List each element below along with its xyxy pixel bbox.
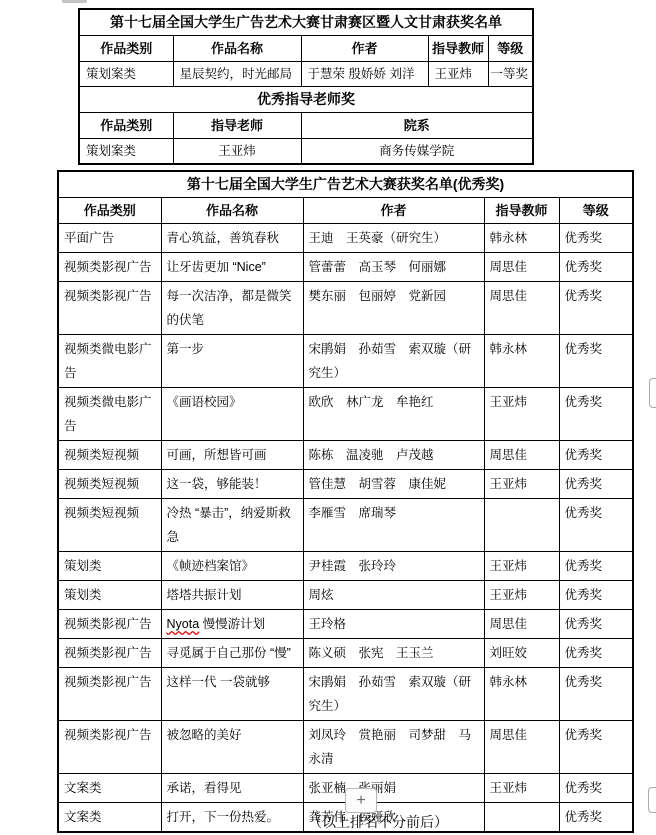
table-cell[interactable]: 管蕾蕾 高玉琴 何丽娜 [303, 253, 484, 282]
table-cell[interactable]: 欧欣 林广龙 牟艳红 [303, 388, 484, 441]
section-title-row: 优秀指导老师奖 [79, 87, 533, 113]
table-cell[interactable]: 宋鹃娟 孙茹雪 索双璇（研究生） [303, 668, 484, 721]
table-cell[interactable]: 韩永林 [484, 224, 559, 253]
table-row: 视频类影视广告这样一代 一袋就够宋鹃娟 孙茹雪 索双璇（研究生）韩永林优秀奖 [58, 668, 633, 721]
table-cell[interactable]: 可画，所想皆可画 [161, 441, 303, 470]
table-cell[interactable]: 视频类影视广告 [58, 253, 161, 282]
table-row: 视频类短视频这一袋，够能装！管佳慧 胡雪蓉 康佳妮王亚炜优秀奖 [58, 470, 633, 499]
table-cell[interactable]: 视频类影视广告 [58, 610, 161, 639]
table-cell[interactable] [484, 499, 559, 552]
table-row: 视频类短视频冷热 “暴击”，纳爱斯救急李雁雪 席瑞琴优秀奖 [58, 499, 633, 552]
header-cell[interactable]: 等级 [488, 36, 533, 62]
table-cell[interactable]: 尹桂霞 张玲玲 [303, 552, 484, 581]
table-row: 视频类微电影广告《画语校园》欧欣 林广龙 牟艳红王亚炜优秀奖 [58, 388, 633, 441]
table-cell[interactable]: Nyota 慢慢游计划 [161, 610, 303, 639]
table-cell[interactable]: 李雁雪 席瑞琴 [303, 499, 484, 552]
table-row: 视频类影视广告被忽略的美好刘凤玲 赏艳丽 司梦甜 马永清周思佳优秀奖 [58, 721, 633, 774]
table-cell[interactable]: 优秀奖 [559, 668, 633, 721]
clipped-add-button-top[interactable] [62, 0, 87, 3]
table-row: 策划类《帧迹档案馆》尹桂霞 张玲玲王亚炜优秀奖 [58, 552, 633, 581]
table-cell[interactable]: 每一次洁净，都是微笑的伏笔 [161, 282, 303, 335]
excellence-award-table: 第十七届全国大学生广告艺术大赛获奖名单(优秀奖) 作品类别 作品名称 作者 指导… [57, 170, 634, 833]
document-page: 第十七届全国大学生广告艺术大赛甘肃赛区暨人文甘肃获奖名单 作品类别 作品名称 作… [0, 0, 656, 835]
add-row-button[interactable]: + [345, 788, 377, 813]
table-cell[interactable]: 王亚炜 [484, 552, 559, 581]
table-cell[interactable]: 周思佳 [484, 253, 559, 282]
table-cell[interactable]: 视频类微电影广告 [58, 388, 161, 441]
table-cell[interactable]: 优秀奖 [559, 721, 633, 774]
table-cell[interactable]: 优秀奖 [559, 253, 633, 282]
table-header-row: 作品类别 指导老师 院系 [79, 113, 533, 139]
table-cell[interactable]: 策划类 [58, 552, 161, 581]
table-cell[interactable]: 宋鹃娟 孙茹雪 索双璇（研究生） [303, 335, 484, 388]
table-cell[interactable]: 优秀奖 [559, 282, 633, 335]
table-cell[interactable]: 周思佳 [484, 721, 559, 774]
header-cell[interactable]: 作品名称 [161, 198, 303, 224]
table-cell[interactable]: 这样一代 一袋就够 [161, 668, 303, 721]
header-cell[interactable]: 指导老师 [173, 113, 301, 139]
header-cell[interactable]: 作品类别 [79, 36, 173, 62]
table-cell[interactable]: 陈栋 温凌驰 卢茂越 [303, 441, 484, 470]
table-cell[interactable]: 塔塔共振计划 [161, 581, 303, 610]
table-row: 视频类影视广告寻觅属于自己那份 “慢”陈义硕 张宪 王玉兰刘旺姣优秀奖 [58, 639, 633, 668]
table-cell[interactable]: 冷热 “暴击”，纳爱斯救急 [161, 499, 303, 552]
table-cell[interactable]: 视频类短视频 [58, 499, 161, 552]
table-cell[interactable]: 《帧迹档案馆》 [161, 552, 303, 581]
table-cell[interactable]: 视频类微电影广告 [58, 335, 161, 388]
table-cell[interactable]: 视频类短视频 [58, 470, 161, 499]
table-row: 策划案类 王亚炜 商务传媒学院 [79, 139, 533, 165]
table-cell[interactable]: 视频类短视频 [58, 441, 161, 470]
table-cell[interactable]: 策划类 [58, 581, 161, 610]
table1-title[interactable]: 第十七届全国大学生广告艺术大赛甘肃赛区暨人文甘肃获奖名单 [79, 9, 533, 36]
table-row: 视频类影视广告每一次洁净，都是微笑的伏笔樊东丽 包丽婷 党新园周思佳优秀奖 [58, 282, 633, 335]
header-cell[interactable]: 作者 [303, 198, 484, 224]
table-cell[interactable]: 王迪 王英豪（研究生） [303, 224, 484, 253]
table-cell[interactable]: 《画语校园》 [161, 388, 303, 441]
table-cell[interactable]: 王亚炜 [484, 581, 559, 610]
table-cell[interactable]: 周思佳 [484, 441, 559, 470]
table-title-row: 第十七届全国大学生广告艺术大赛甘肃赛区暨人文甘肃获奖名单 [79, 9, 533, 36]
table-cell[interactable]: 王亚炜 [428, 62, 488, 87]
misspelled-word: Nyota [167, 617, 200, 631]
table2-title[interactable]: 第十七届全国大学生广告艺术大赛获奖名单(优秀奖) [58, 171, 633, 198]
table-cell[interactable]: 王亚炜 [484, 388, 559, 441]
clipped-side-button[interactable] [649, 378, 656, 408]
table-cell[interactable]: 陈义硕 张宪 王玉兰 [303, 639, 484, 668]
table-cell[interactable]: 青心筑益，善筑春秋 [161, 224, 303, 253]
table-cell[interactable]: 优秀奖 [559, 224, 633, 253]
gansu-award-table: 第十七届全国大学生广告艺术大赛甘肃赛区暨人文甘肃获奖名单 作品类别 作品名称 作… [78, 8, 534, 165]
table-header-row: 作品类别 作品名称 作者 指导教师 等级 [79, 36, 533, 62]
header-cell[interactable]: 指导教师 [484, 198, 559, 224]
table-cell[interactable]: 优秀奖 [559, 335, 633, 388]
header-cell[interactable]: 作品名称 [173, 36, 301, 62]
table-row: 策划类塔塔共振计划周炫王亚炜优秀奖 [58, 581, 633, 610]
table-cell[interactable]: 第一步 [161, 335, 303, 388]
section-title[interactable]: 优秀指导老师奖 [79, 87, 533, 113]
header-cell[interactable]: 等级 [559, 198, 633, 224]
table-cell[interactable]: 周炫 [303, 581, 484, 610]
table-cell[interactable]: 优秀奖 [559, 639, 633, 668]
table-cell[interactable]: 樊东丽 包丽婷 党新园 [303, 282, 484, 335]
table-row: 视频类影视广告让牙齿更加 “Nice”管蕾蕾 高玉琴 何丽娜周思佳优秀奖 [58, 253, 633, 282]
table-cell[interactable]: 韩永林 [484, 668, 559, 721]
table-cell[interactable]: 视频类影视广告 [58, 639, 161, 668]
table-cell[interactable]: 承诺，看得见 [161, 774, 303, 803]
table-cell[interactable]: 王玲格 [303, 610, 484, 639]
table-body: 平面广告青心筑益，善筑春秋王迪 王英豪（研究生）韩永林优秀奖视频类影视广告让牙齿… [58, 224, 633, 833]
table-cell[interactable]: 策划案类 [79, 62, 173, 87]
clipped-side-button[interactable] [648, 787, 656, 813]
table-cell[interactable]: 视频类影视广告 [58, 282, 161, 335]
header-cell[interactable]: 作品类别 [58, 198, 161, 224]
table-cell[interactable]: 张亚楠 张丽娟 [303, 774, 484, 803]
table-cell[interactable]: 这一袋，够能装！ [161, 470, 303, 499]
table-cell[interactable]: 王亚炜 [484, 470, 559, 499]
table-row: 策划案类 星辰契约，时光邮局 于慧荣 殷娇娇 刘洋 王亚炜 一等奖 [79, 62, 533, 87]
footnote-caption: （以上排名不分前后） [100, 813, 656, 831]
table-cell[interactable]: 寻觅属于自己那份 “慢” [161, 639, 303, 668]
table-cell[interactable]: 刘凤玲 赏艳丽 司梦甜 马永清 [303, 721, 484, 774]
table-cell[interactable]: 平面广告 [58, 224, 161, 253]
table-cell[interactable]: 视频类影视广告 [58, 721, 161, 774]
table-cell[interactable]: 韩永林 [484, 335, 559, 388]
table-cell[interactable]: 优秀奖 [559, 610, 633, 639]
header-cell[interactable]: 院系 [301, 113, 533, 139]
table-cell[interactable]: 周思佳 [484, 610, 559, 639]
table-cell[interactable]: 文案类 [58, 774, 161, 803]
table-cell[interactable]: 于慧荣 殷娇娇 刘洋 [301, 62, 428, 87]
table-cell[interactable]: 管佳慧 胡雪蓉 康佳妮 [303, 470, 484, 499]
table-cell[interactable]: 让牙齿更加 “Nice” [161, 253, 303, 282]
table-cell[interactable]: 一等奖 [488, 62, 533, 87]
table-cell[interactable]: 优秀奖 [559, 388, 633, 441]
table-cell[interactable]: 星辰契约，时光邮局 [173, 62, 301, 87]
table-cell[interactable]: 商务传媒学院 [301, 139, 533, 165]
table-cell[interactable]: 优秀奖 [559, 499, 633, 552]
table-cell[interactable]: 策划案类 [79, 139, 173, 165]
table-cell[interactable]: 优秀奖 [559, 581, 633, 610]
table-cell[interactable]: 优秀奖 [559, 552, 633, 581]
table-cell[interactable]: 视频类影视广告 [58, 668, 161, 721]
table-row: 视频类影视广告Nyota 慢慢游计划王玲格周思佳优秀奖 [58, 610, 633, 639]
header-cell[interactable]: 指导教师 [428, 36, 488, 62]
table-cell[interactable]: 王亚炜 [484, 774, 559, 803]
table-cell[interactable]: 优秀奖 [559, 470, 633, 499]
header-cell[interactable]: 作者 [301, 36, 428, 62]
table-row: 视频类短视频可画，所想皆可画陈栋 温凌驰 卢茂越周思佳优秀奖 [58, 441, 633, 470]
table-header-row: 作品类别 作品名称 作者 指导教师 等级 [58, 198, 633, 224]
table-cell[interactable]: 王亚炜 [173, 139, 301, 165]
table-cell[interactable]: 刘旺姣 [484, 639, 559, 668]
table-row: 视频类微电影广告第一步宋鹃娟 孙茹雪 索双璇（研究生）韩永林优秀奖 [58, 335, 633, 388]
table-cell[interactable]: 周思佳 [484, 282, 559, 335]
header-cell[interactable]: 作品类别 [79, 113, 173, 139]
table-row: 平面广告青心筑益，善筑春秋王迪 王英豪（研究生）韩永林优秀奖 [58, 224, 633, 253]
table-title-row: 第十七届全国大学生广告艺术大赛获奖名单(优秀奖) [58, 171, 633, 198]
table-cell[interactable]: 优秀奖 [559, 774, 633, 803]
table-cell[interactable]: 优秀奖 [559, 441, 633, 470]
table-cell[interactable]: 被忽略的美好 [161, 721, 303, 774]
